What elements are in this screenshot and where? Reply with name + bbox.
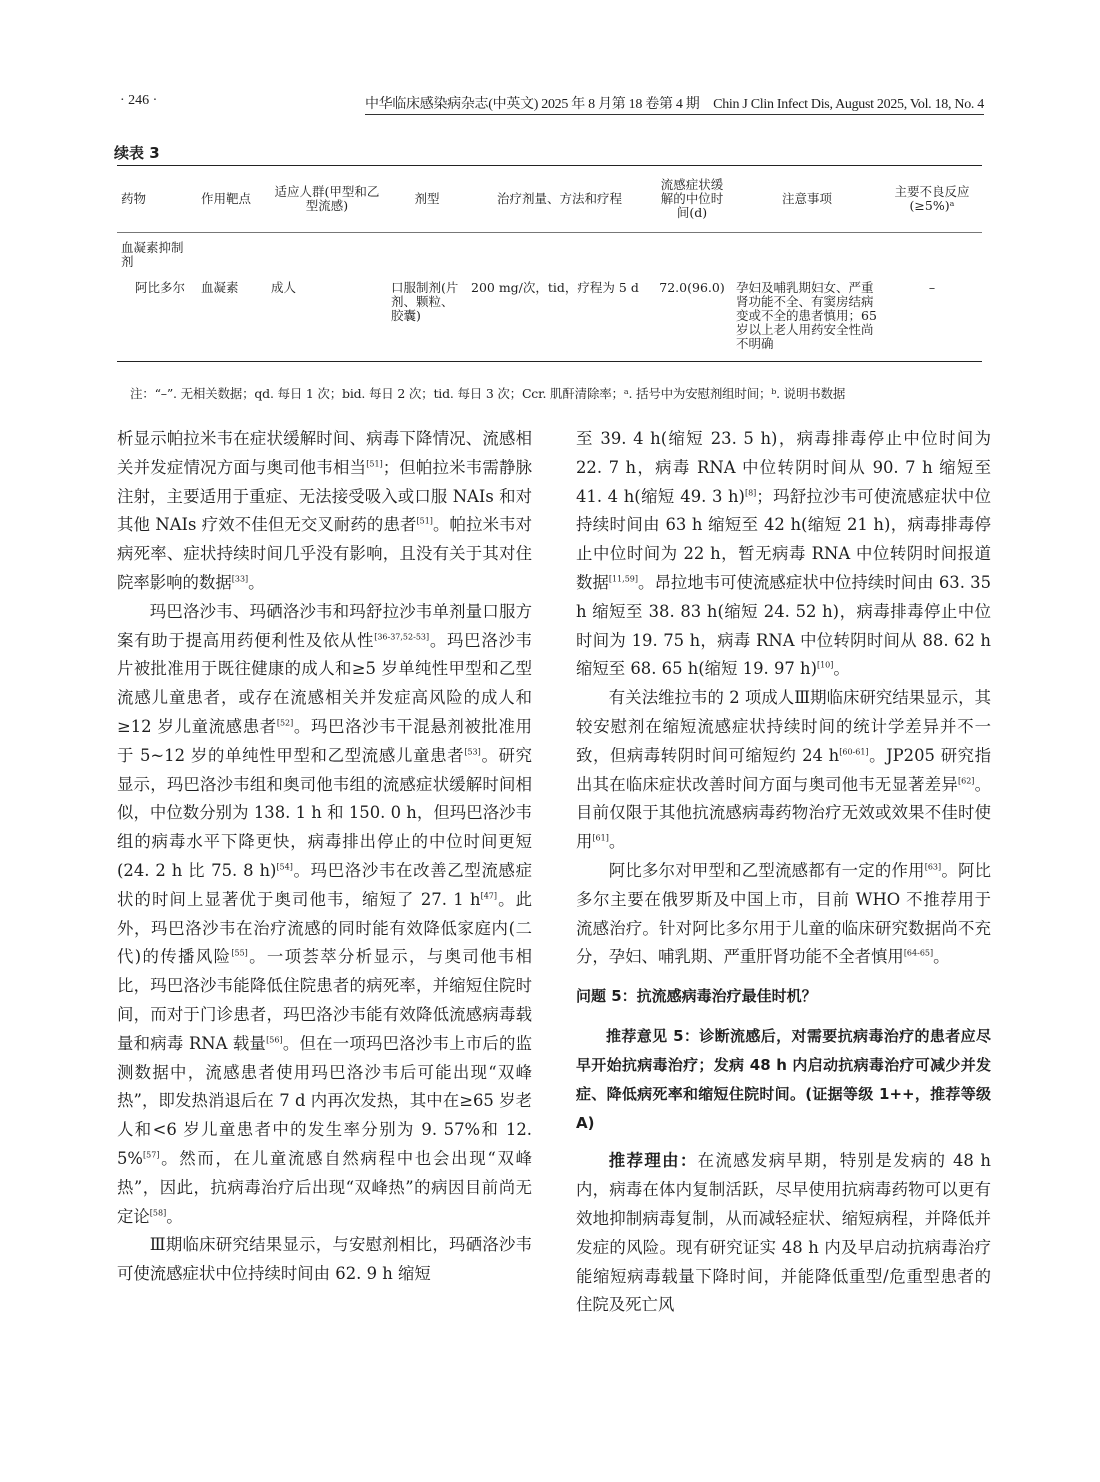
- text: 阿比多尔对甲型和乙型流感都有一定的作用: [609, 861, 925, 880]
- journal-running-head: 中华临床感染病杂志(中英文) 2025 年 8 月第 18 卷第 4 期 Chi…: [365, 93, 984, 115]
- citation: [11,59]: [609, 575, 638, 584]
- citation: [47]: [481, 891, 497, 900]
- citation: [61]: [592, 834, 608, 843]
- citation: [62]: [958, 776, 974, 785]
- text: Ⅲ期临床研究结果显示，与安慰剂相比，玛硒洛沙韦可使流感症状中位持续时间由 62.…: [117, 1235, 532, 1283]
- section-heading: 问题 5：抗流感病毒治疗最佳时机？: [576, 982, 991, 1010]
- text: 。: [166, 1207, 182, 1226]
- citation: [56]: [266, 1035, 282, 1044]
- cell-target: 血凝素: [197, 275, 267, 362]
- citation: [52]: [277, 719, 293, 728]
- paragraph: 至 39. 4 h(缩短 23. 5 h)，病毒排毒停止中位时间为 22. 7 …: [576, 425, 991, 684]
- col-header-dosage: 治疗剂量、方法和疗程: [467, 166, 652, 233]
- cell-drug: 阿比多尔: [117, 275, 197, 362]
- citation: [57]: [143, 1150, 159, 1159]
- table-category-row: 血凝素抑制剂: [117, 233, 982, 276]
- text: 。: [248, 573, 264, 592]
- text: 。但在一项玛巴洛沙韦上市后的监测数据中，流感患者使用玛巴洛沙韦后可能出现“双峰热…: [117, 1034, 532, 1168]
- paragraph: 推荐理由：在流感发病早期，特别是发病的 48 h 内，病毒在体内复制活跃，尽早使…: [576, 1147, 991, 1320]
- category-label: 血凝素抑制剂: [117, 233, 197, 276]
- text: 。昂拉地韦可使流感症状中位持续时间由 63. 35 h 缩短至 38. 83 h…: [576, 573, 991, 678]
- page-number: · 246 ·: [120, 93, 157, 109]
- citation: [53]: [464, 747, 480, 756]
- col-header-population: 适应人群(甲型和乙型流感): [267, 166, 387, 233]
- paragraph: 有关法维拉韦的 2 项成人Ⅲ期临床研究结果显示，其较安慰剂在缩短流感症状持续时间…: [576, 684, 991, 857]
- citation: [55]: [231, 949, 247, 958]
- citation: [36-37,52-53]: [374, 632, 429, 641]
- citation: [51]: [366, 459, 382, 468]
- cell-median-time: 72.0(96.0): [652, 275, 732, 362]
- citation: [10]: [817, 661, 833, 670]
- paragraph: 阿比多尔对甲型和乙型流感都有一定的作用[63]。阿比多尔主要在俄罗斯及中国上市，…: [576, 857, 991, 972]
- body-column-right: 至 39. 4 h(缩短 23. 5 h)，病毒排毒停止中位时间为 22. 7 …: [576, 425, 991, 1320]
- reason-label: 推荐理由：: [609, 1151, 698, 1170]
- col-header-adverse: 主要不良反应(≥5%)ᵃ: [882, 166, 982, 233]
- citation: [63]: [925, 862, 941, 871]
- citation: [8]: [745, 488, 756, 497]
- table-header-row: 药物 作用靶点 适应人群(甲型和乙型流感) 剂型 治疗剂量、方法和疗程 流感症状…: [117, 166, 982, 233]
- text: 。: [833, 659, 849, 678]
- body-column-left: 析显示帕拉米韦在症状缓解时间、病毒下降情况、流感相关并发症情况方面与奥司他韦相当…: [117, 425, 532, 1289]
- table-caption: 续表 3: [114, 142, 160, 163]
- cell-form: 口服制剂(片剂、颗粒、胶囊): [387, 275, 467, 362]
- cell-adverse: –: [882, 275, 982, 362]
- page-header: · 246 · 中华临床感染病杂志(中英文) 2025 年 8 月第 18 卷第…: [112, 93, 984, 115]
- text: 在流感发病早期，特别是发病的 48 h 内，病毒在体内复制活跃，尽早使用抗病毒药…: [576, 1151, 991, 1314]
- cell-precautions: 孕妇及哺乳期妇女、严重肾功能不全、有窦房结病变或不全的患者慎用；65 岁以上老人…: [732, 275, 882, 362]
- text: 。研究显示，玛巴洛沙韦组和奥司他韦组的流感症状缓解时间相似，中位数分别为 138…: [117, 746, 532, 880]
- col-header-drug: 药物: [117, 166, 197, 233]
- paragraph: 析显示帕拉米韦在症状缓解时间、病毒下降情况、流感相关并发症情况方面与奥司他韦相当…: [117, 425, 532, 598]
- col-header-target: 作用靶点: [197, 166, 267, 233]
- recommendation-box: 推荐意见 5：诊断流感后，对需要抗病毒治疗的患者应尽早开始抗病毒治疗；发病 48…: [576, 1022, 991, 1137]
- drug-table-container: 药物 作用靶点 适应人群(甲型和乙型流感) 剂型 治疗剂量、方法和疗程 流感症状…: [117, 165, 982, 362]
- citation: [60-61]: [839, 747, 868, 756]
- citation: [54]: [276, 862, 292, 871]
- text: 。: [609, 832, 625, 851]
- table-row: 阿比多尔 血凝素 成人 口服制剂(片剂、颗粒、胶囊) 200 mg/次，tid，…: [117, 275, 982, 362]
- col-header-median-time: 流感症状缓解的中位时间(d): [652, 166, 732, 233]
- col-header-precautions: 注意事项: [732, 166, 882, 233]
- col-header-form: 剂型: [387, 166, 467, 233]
- table-footnote: 注：“–”. 无相关数据；qd. 每日 1 次；bid. 每日 2 次；tid.…: [130, 384, 845, 402]
- citation: [58]: [150, 1208, 166, 1217]
- paragraph: 玛巴洛沙韦、玛硒洛沙韦和玛舒拉沙韦单剂量口服方案有助于提高用药便利性及依从性[3…: [117, 598, 532, 1232]
- paragraph: Ⅲ期临床研究结果显示，与安慰剂相比，玛硒洛沙韦可使流感症状中位持续时间由 62.…: [117, 1231, 532, 1289]
- citation: [33]: [232, 575, 248, 584]
- citation: [51]: [416, 517, 432, 526]
- citation: [64-65]: [904, 949, 933, 958]
- cell-dosage: 200 mg/次，tid，疗程为 5 d: [467, 275, 652, 362]
- cell-population: 成人: [267, 275, 387, 362]
- text: 。: [933, 947, 949, 966]
- drug-table: 药物 作用靶点 适应人群(甲型和乙型流感) 剂型 治疗剂量、方法和疗程 流感症状…: [117, 165, 982, 362]
